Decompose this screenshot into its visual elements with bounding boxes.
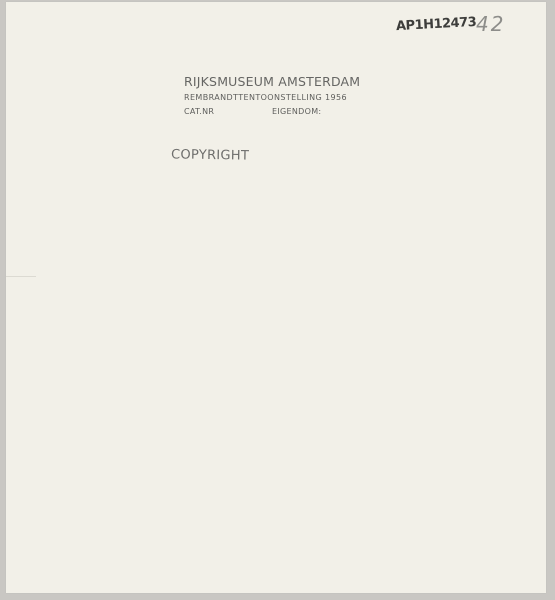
handwritten-page-number: 42 bbox=[476, 12, 505, 36]
stamp-owner-label: EIGENDOM: bbox=[272, 106, 321, 118]
stamp-exhibition: REMBRANDTTENTOONSTELLING 1956 bbox=[184, 90, 360, 106]
stamp-catalog-label: CAT.NR bbox=[184, 106, 272, 118]
copyright-stamp: COPYRIGHT bbox=[171, 147, 249, 163]
museum-stamp: RIJKSMUSEUM AMSTERDAM REMBRANDTTENTOONST… bbox=[184, 74, 360, 118]
paper-crease bbox=[6, 276, 36, 277]
stamp-fields: CAT.NR EIGENDOM: bbox=[184, 106, 360, 118]
stamp-institution: RIJKSMUSEUM AMSTERDAM bbox=[184, 74, 360, 89]
